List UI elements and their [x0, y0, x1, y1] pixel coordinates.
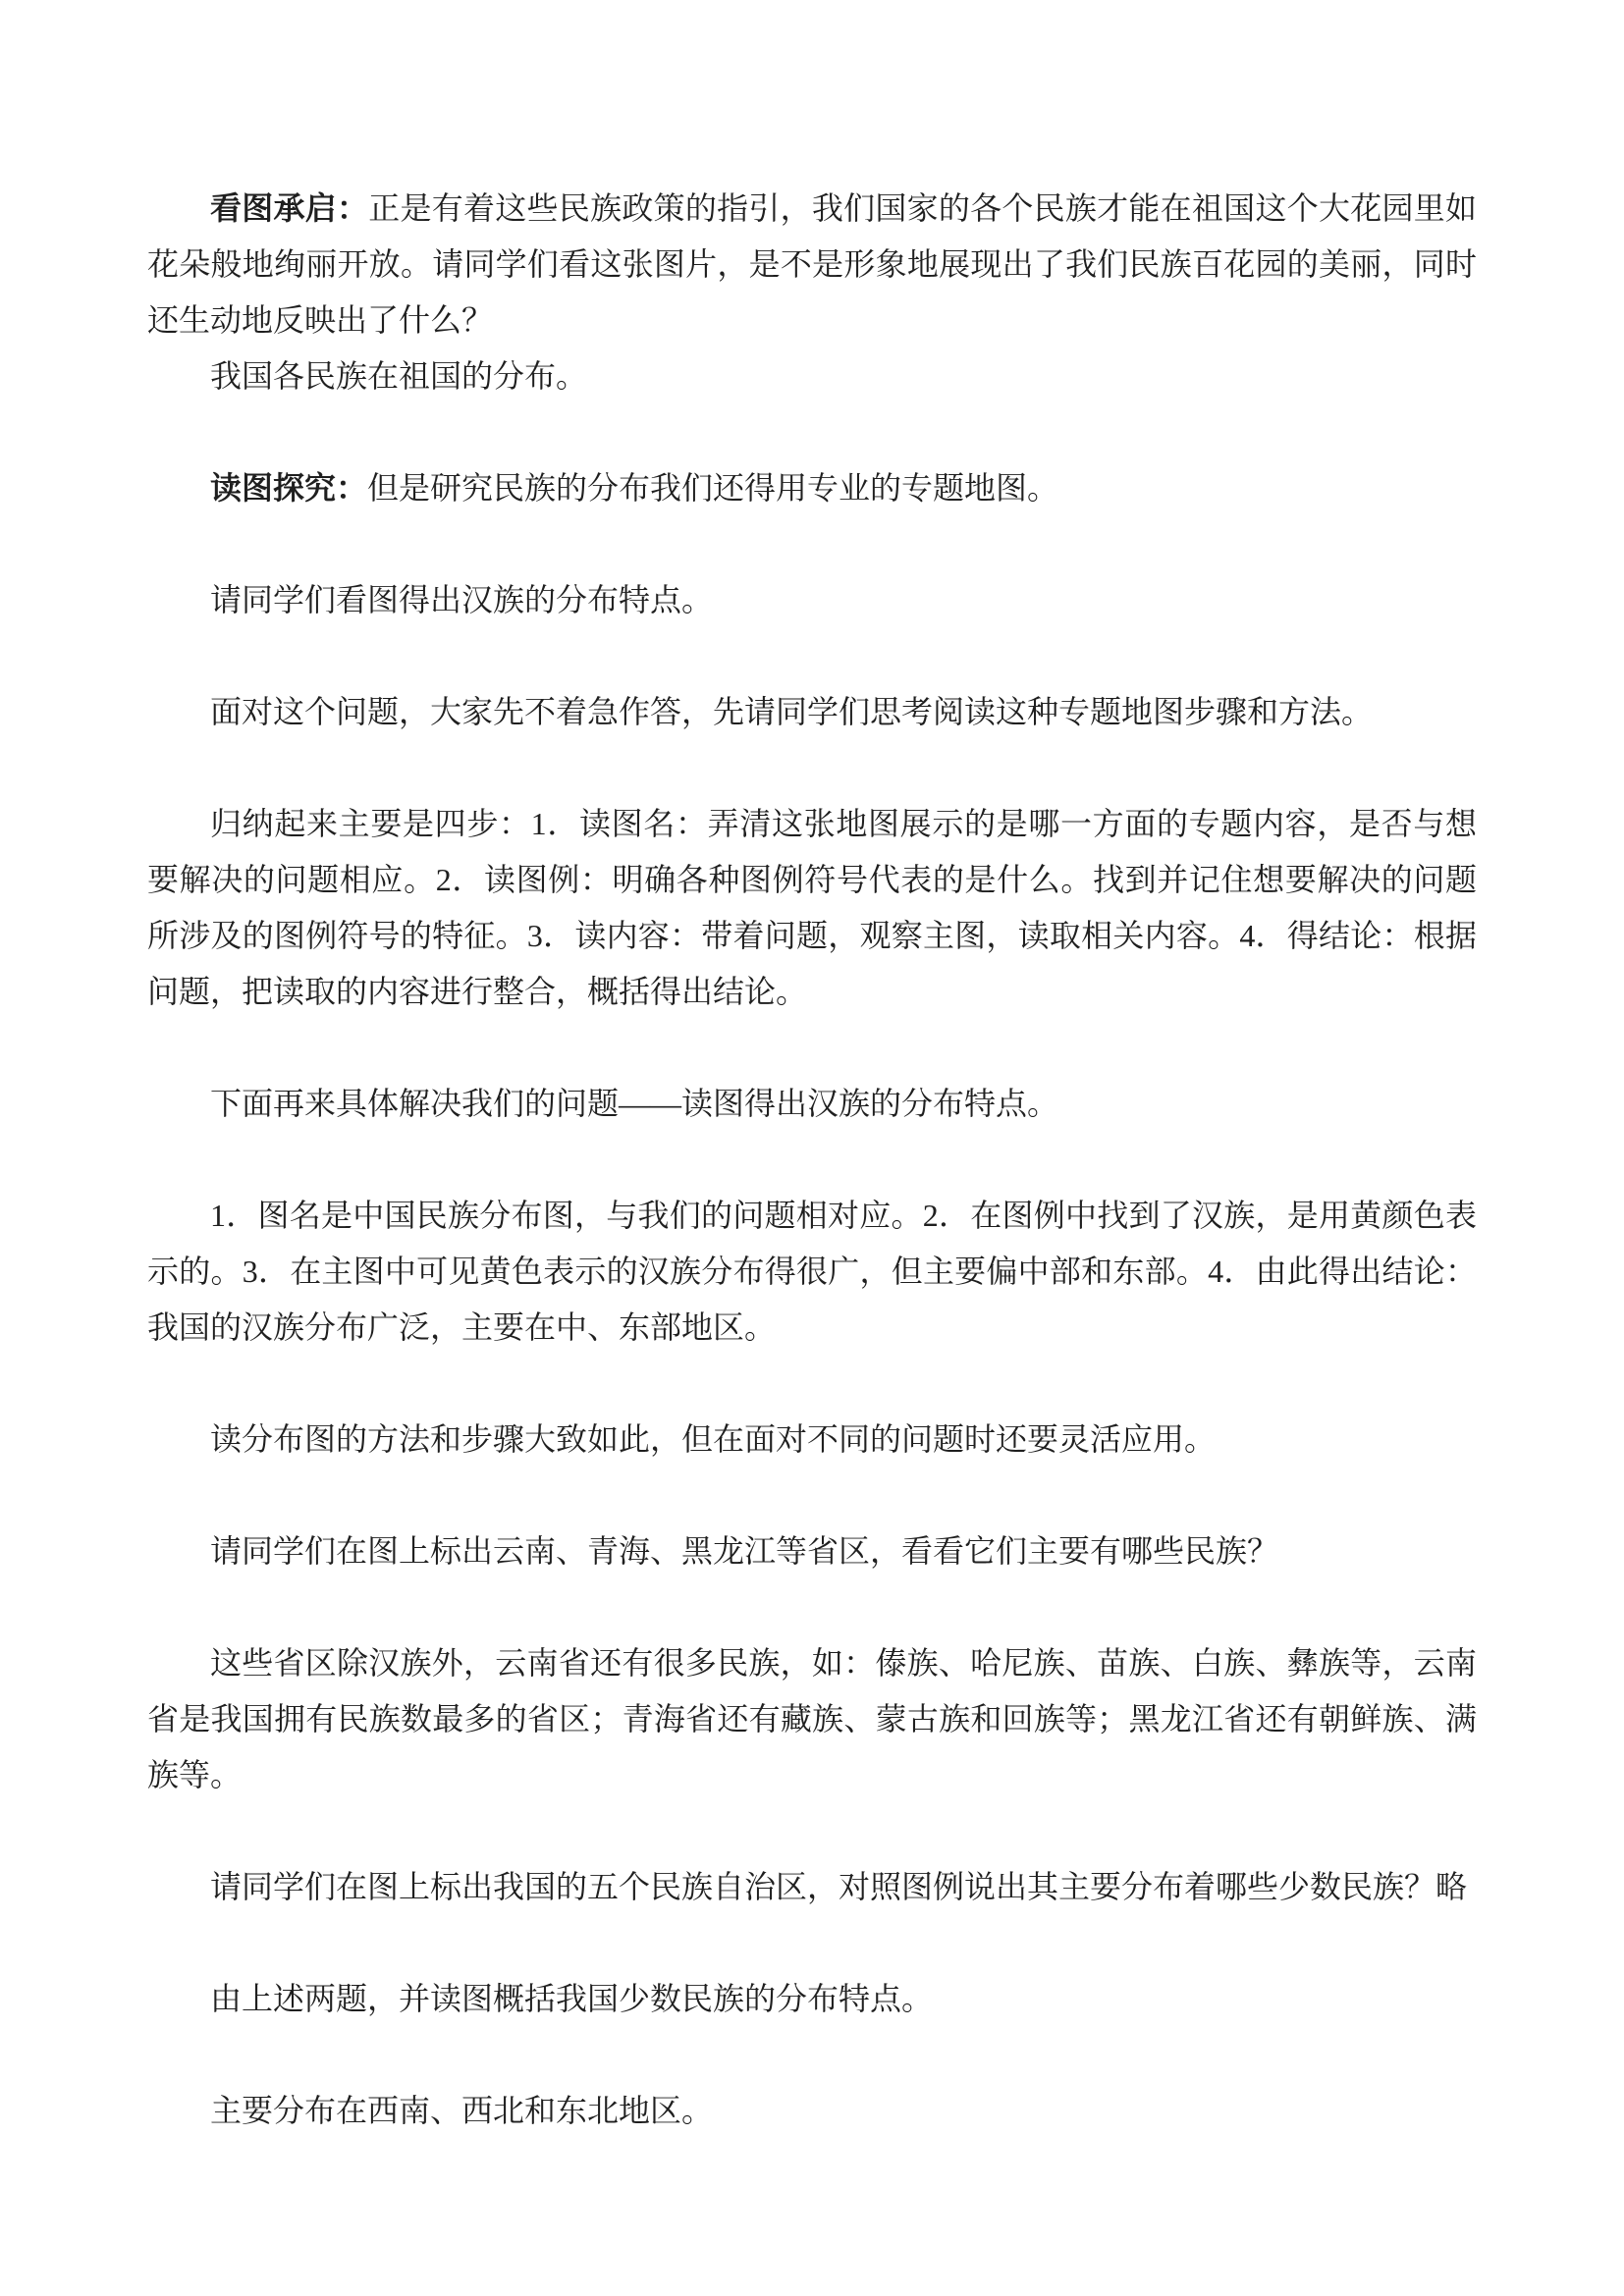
paragraph-text: 请同学们看图得出汉族的分布特点。: [210, 582, 713, 617]
paragraph: 面对这个问题，大家先不着急作答，先请同学们思考阅读这种专题地图步骤和方法。: [147, 684, 1477, 740]
paragraph-text: 我国各民族在祖国的分布。: [210, 358, 587, 394]
paragraph-text: 1．图名是中国民族分布图，与我们的问题相对应。2．在图例中找到了汉族，是用黄颜色…: [147, 1198, 1477, 1345]
paragraph-lead: 看图承启：: [210, 190, 368, 226]
paragraph: 归纳起来主要是四步：1．读图名：弄清这张地图展示的是哪一方面的专题内容，是否与想…: [147, 796, 1477, 1020]
paragraph: 看图承启：正是有着这些民族政策的指引，我们国家的各个民族才能在祖国这个大花园里如…: [147, 181, 1477, 348]
paragraph: 由上述两题，并读图概括我国少数民族的分布特点。: [147, 1971, 1477, 2027]
paragraph-text: 归纳起来主要是四步：1．读图名：弄清这张地图展示的是哪一方面的专题内容，是否与想…: [147, 806, 1477, 1009]
paragraph: 读分布图的方法和步骤大致如此，但在面对不同的问题时还要灵活应用。: [147, 1412, 1477, 1468]
paragraph: 1．图名是中国民族分布图，与我们的问题相对应。2．在图例中找到了汉族，是用黄颜色…: [147, 1188, 1477, 1356]
paragraph-text: 由上述两题，并读图概括我国少数民族的分布特点。: [210, 1981, 933, 2016]
paragraph-text: 面对这个问题，大家先不着急作答，先请同学们思考阅读这种专题地图步骤和方法。: [210, 694, 1373, 729]
paragraph: 主要分布在西南、西北和东北地区。: [147, 2083, 1477, 2139]
paragraph-text: 请同学们在图上标出我国的五个民族自治区，对照图例说出其主要分布着哪些少数民族？略: [210, 1869, 1467, 1904]
paragraph: 请同学们看图得出汉族的分布特点。: [147, 572, 1477, 628]
paragraph-lead: 读图探究：: [210, 470, 367, 506]
paragraph-text: 下面再来具体解决我们的问题——读图得出汉族的分布特点。: [210, 1086, 1058, 1121]
paragraph-text: 这些省区除汉族外，云南省还有很多民族，如：傣族、哈尼族、苗族、白族、彝族等，云南…: [147, 1645, 1477, 1792]
paragraph-text: 但是研究民族的分布我们还得用专业的专题地图。: [367, 470, 1058, 506]
document-page: 看图承启：正是有着这些民族政策的指引，我们国家的各个民族才能在祖国这个大花园里如…: [0, 0, 1624, 2296]
paragraph: 请同学们在图上标出云南、青海、黑龙江等省区，看看它们主要有哪些民族？: [147, 1523, 1477, 1579]
paragraph-text: 主要分布在西南、西北和东北地区。: [210, 2093, 713, 2128]
paragraph: 请同学们在图上标出我国的五个民族自治区，对照图例说出其主要分布着哪些少数民族？略: [147, 1859, 1477, 1915]
paragraph-text: 请同学们在图上标出云南、青海、黑龙江等省区，看看它们主要有哪些民族？: [210, 1533, 1278, 1569]
paragraph: 我国各民族在祖国的分布。: [147, 348, 1477, 404]
paragraph-text: 读分布图的方法和步骤大致如此，但在面对不同的问题时还要灵活应用。: [210, 1421, 1216, 1457]
paragraph: 读图探究：但是研究民族的分布我们还得用专业的专题地图。: [147, 460, 1477, 516]
paragraph: 这些省区除汉族外，云南省还有很多民族，如：傣族、哈尼族、苗族、白族、彝族等，云南…: [147, 1635, 1477, 1803]
paragraph: 下面再来具体解决我们的问题——读图得出汉族的分布特点。: [147, 1076, 1477, 1132]
